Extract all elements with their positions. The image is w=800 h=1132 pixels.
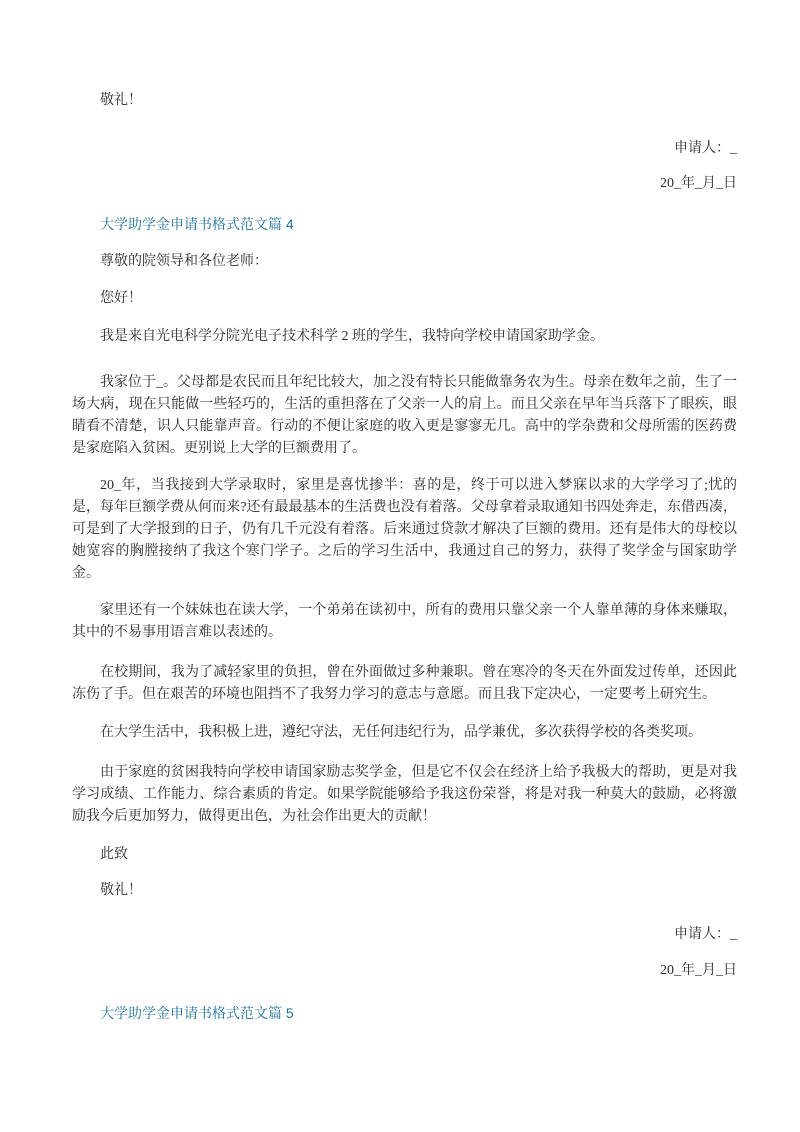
section4-applicant-line: 申请人：_ bbox=[72, 924, 737, 946]
document-page: 敬礼！ 申请人：_ 20_年_月_日 大学助学金申请书格式范文篇 4 尊敬的院领… bbox=[0, 0, 800, 1132]
section4-paragraph-conduct: 在大学生活中，我积极上进，遵纪守法，无任何违纪行为，品学兼优，多次获得学校的各类… bbox=[72, 722, 737, 744]
section4-paragraph-intro: 我是来自光电科学分院光电子技术科学 2 班的学生，我特向学校申请国家助学金。 bbox=[72, 326, 737, 348]
prev-letter-applicant-line: 申请人：_ bbox=[72, 138, 737, 160]
section4-hello: 您好！ bbox=[72, 288, 737, 310]
prev-letter-date-line: 20_年_月_日 bbox=[72, 173, 737, 195]
section4-paragraph-parttime: 在校期间，我为了减轻家里的负担，曾在外面做过多种兼职。曾在寒冷的冬天在外面发过传… bbox=[72, 662, 737, 706]
section4-paragraph-admission: 20_年，当我接到大学录取时，家里是喜忧掺半：喜的是，终于可以进入梦寐以求的大学… bbox=[72, 475, 737, 585]
section4-greeting: 尊敬的院领导和各位老师： bbox=[72, 251, 737, 273]
section4-cizhi: 此致 bbox=[72, 844, 737, 866]
section4-heading: 大学助学金申请书格式范文篇 4 bbox=[72, 213, 737, 235]
section4-paragraph-siblings: 家里还有一个妹妹也在读大学，一个弟弟在读初中，所有的费用只靠父亲一个人靠单薄的身… bbox=[72, 600, 737, 644]
section5-heading: 大学助学金申请书格式范文篇 5 bbox=[72, 1002, 737, 1024]
prev-letter-salute: 敬礼！ bbox=[72, 90, 737, 112]
section4-date-line: 20_年_月_日 bbox=[72, 960, 737, 982]
section4-paragraph-family: 我家位于_。父母都是农民而且年纪比较大，加之没有特长只能做靠务农为生。母亲在数年… bbox=[72, 372, 737, 460]
section4-paragraph-request: 由于家庭的贫困我特向学校申请国家励志奖学金，但是它不仅会在经济上给予我极大的帮助… bbox=[72, 762, 737, 828]
section4-salute: 敬礼！ bbox=[72, 880, 737, 902]
